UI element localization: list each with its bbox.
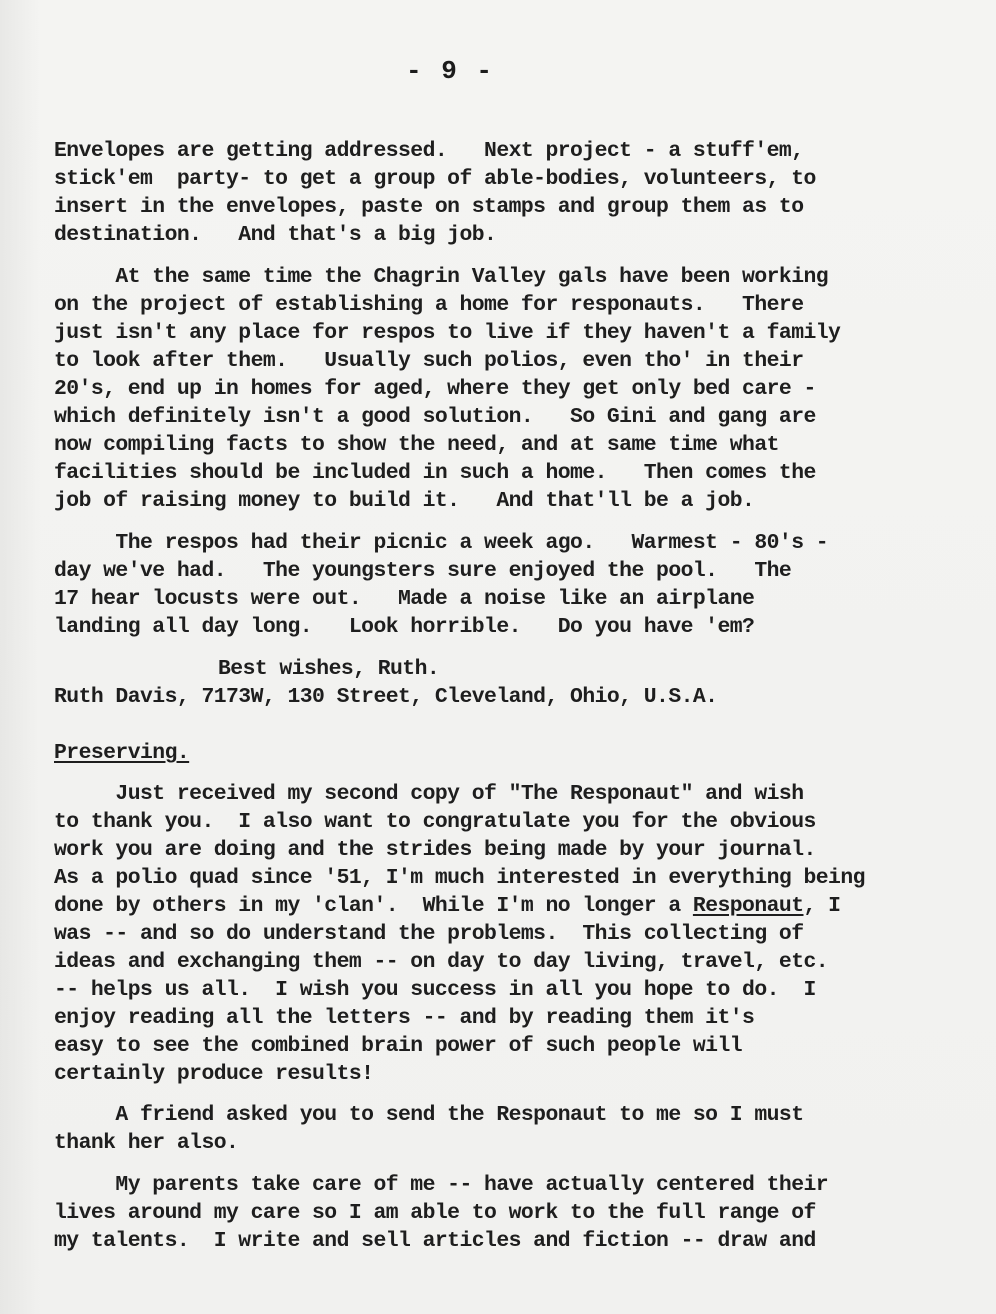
text-line: Just received my second copy of "The Res… — [54, 780, 803, 808]
text-line: A friend asked you to send the Responaut… — [54, 1101, 803, 1129]
text-fragment: , I — [804, 894, 841, 918]
typewritten-page: - 9 - Envelopes are getting addressed. N… — [0, 0, 996, 1314]
text-line: At the same time the Chagrin Valley gals… — [54, 263, 828, 291]
closing-line: Best wishes, Ruth. — [218, 655, 439, 683]
text-line: My parents take care of me -- have actua… — [54, 1171, 828, 1199]
underlined-word: Responaut — [693, 894, 804, 918]
text-line: The respos had their picnic a week ago. … — [54, 529, 828, 557]
text-line: As a polio quad since '51, I'm much inte… — [54, 864, 865, 892]
signature-address: Ruth Davis, 7173W, 130 Street, Cleveland… — [54, 683, 717, 711]
text-line: thank her also. — [54, 1129, 238, 1157]
text-line: landing all day long. Look horrible. Do … — [54, 613, 754, 641]
text-fragment: done by others in my 'clan'. While I'm n… — [54, 894, 693, 918]
page-number: - 9 - — [0, 56, 900, 86]
text-line: on the project of establishing a home fo… — [54, 291, 803, 319]
text-line: lives around my care so I am able to wor… — [54, 1199, 816, 1227]
text-line: which definitely isn't a good solution. … — [54, 403, 816, 431]
text-line: 17 hear locusts were out. Made a noise l… — [54, 585, 754, 613]
text-line: my talents. I write and sell articles an… — [54, 1227, 816, 1255]
text-line: to thank you. I also want to congratulat… — [54, 808, 816, 836]
text-line: just isn't any place for respos to live … — [54, 319, 840, 347]
text-line: work you are doing and the strides being… — [54, 836, 816, 864]
text-line: -- helps us all. I wish you success in a… — [54, 976, 816, 1004]
section-heading: Preserving. — [54, 739, 189, 767]
text-line: to look after them. Usually such polios,… — [54, 347, 803, 375]
text-line: job of raising money to build it. And th… — [54, 487, 754, 515]
text-line: Envelopes are getting addressed. Next pr… — [54, 137, 803, 165]
text-line: certainly produce results! — [54, 1060, 373, 1088]
text-line: facilities should be included in such a … — [54, 459, 816, 487]
text-line: now compiling facts to show the need, an… — [54, 431, 779, 459]
text-line: destination. And that's a big job. — [54, 221, 496, 249]
text-line: 20's, end up in homes for aged, where th… — [54, 375, 816, 403]
text-line: easy to see the combined brain power of … — [54, 1032, 742, 1060]
text-line: was -- and so do understand the problems… — [54, 920, 803, 948]
text-line: insert in the envelopes, paste on stamps… — [54, 193, 803, 221]
text-line: done by others in my 'clan'. While I'm n… — [54, 892, 840, 920]
text-line: day we've had. The youngsters sure enjoy… — [54, 557, 791, 585]
text-line: ideas and exchanging them -- on day to d… — [54, 948, 828, 976]
text-line: stick'em party- to get a group of able-b… — [54, 165, 816, 193]
text-line: enjoy reading all the letters -- and by … — [54, 1004, 754, 1032]
